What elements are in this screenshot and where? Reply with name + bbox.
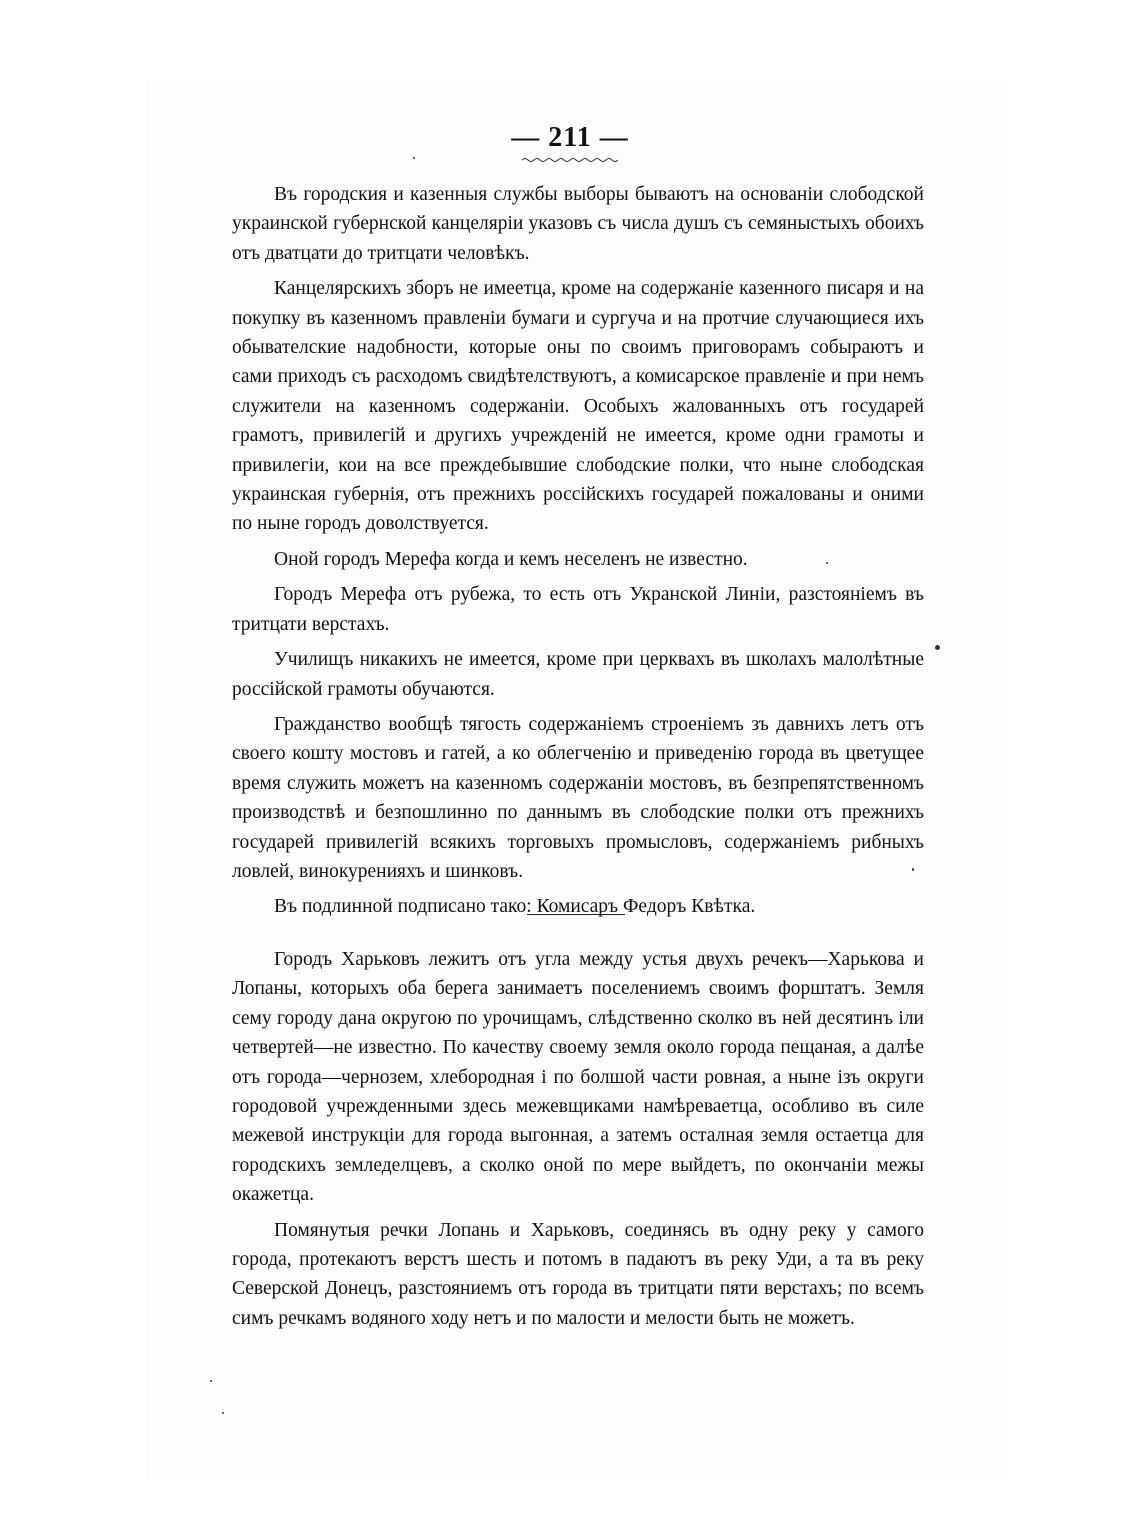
- scan-speck: [413, 157, 415, 159]
- scan-speck: [826, 562, 828, 564]
- paragraph: Канцелярскихъ зборъ не имеетца, кроме на…: [232, 274, 924, 539]
- page-number-wavy-underline: [522, 157, 618, 163]
- paragraph: Въ городския и казенныя службы выборы бы…: [232, 180, 924, 268]
- paragraph: Оной городъ Мерефа когда и кемъ неселенъ…: [232, 545, 924, 574]
- section-divider-rule: [527, 914, 625, 915]
- scan-speck: [912, 868, 914, 871]
- section-merefa-text: Въ городския и казенныя службы выборы бы…: [232, 180, 924, 928]
- scan-speck: [935, 645, 940, 650]
- paragraph: Помянутыя речки Лопань и Харьковъ, соеди…: [232, 1216, 924, 1334]
- paragraph: Городъ Харьковъ лежитъ отъ угла между ус…: [232, 945, 924, 1210]
- signature-paragraph: Въ подлинной подписано тако: Комисаръ Фе…: [232, 892, 924, 921]
- section-kharkov-text: Городъ Харьковъ лежитъ отъ угла между ус…: [232, 945, 924, 1339]
- paragraph: Городъ Мерефа отъ рубежа, то есть отъ Ук…: [232, 580, 924, 639]
- page-number: — 211 —: [0, 122, 1140, 154]
- paragraph: Училищъ никакихъ не имеется, кроме при ц…: [232, 645, 924, 704]
- scan-speck: [210, 1380, 212, 1382]
- paragraph: Гражданство вообщѣ тягость содержанiемъ …: [232, 710, 924, 886]
- scan-speck: [222, 1412, 224, 1414]
